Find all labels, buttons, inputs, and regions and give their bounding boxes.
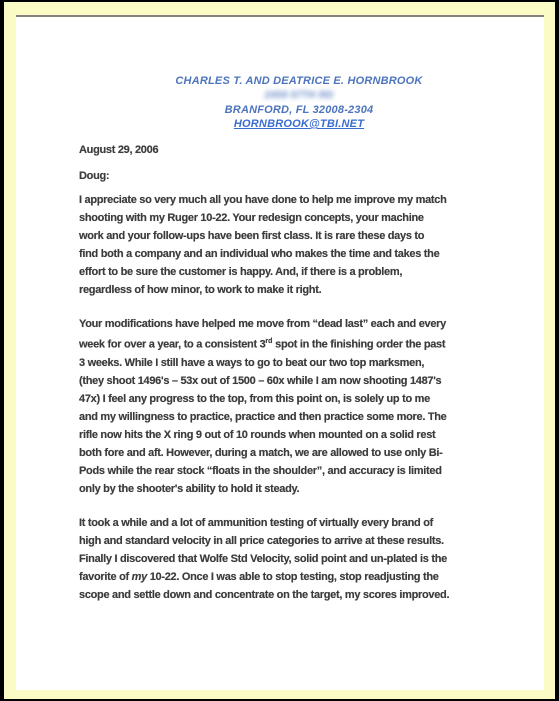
letter-line: Finally I discovered that Wolfe Std Velo… [79,550,449,568]
letter-line: favorite of my 10-22. Once I was able to… [79,568,449,586]
email-address: HORNBROOK@TBI.NET [234,118,364,130]
letter-paragraph: I appreciate so very much all you have d… [79,191,449,299]
letter-line: (they shoot 1496's – 53x out of 1500 – 6… [79,372,449,390]
letter-line: both fore and aft. However, during a mat… [79,444,449,462]
letter-salutation: Doug: [79,167,449,185]
letter-line: work and your follow-ups have been first… [79,227,449,245]
letterhead-name: CHARLES T. AND DEATRICE E. HORNBROOK [54,74,544,88]
letter-line: 47x) I feel any progress to the top, fro… [79,390,449,408]
letter-paragraph: It took a while and a lot of ammunition … [79,514,449,604]
letter-line: and my willingness to practice, practice… [79,408,449,426]
yellow-mat-frame: CHARLES T. AND DEATRICE E. HORNBROOK 245… [4,2,555,699]
letterhead-address-redacted: 2459 57TH RD [54,88,544,103]
letter-line: week for over a year, to a consistent 3r… [79,333,449,354]
letter-paragraph: Your modifications have helped me move f… [79,315,449,498]
letter-line: Your modifications have helped me move f… [79,315,449,333]
letter-line: high and standard velocity in all price … [79,532,449,550]
letterhead-email: HORNBROOK@TBI.NET [54,117,544,131]
letterhead-city: BRANFORD, FL 32008-2304 [54,103,544,117]
letter-line: I appreciate so very much all you have d… [79,191,449,209]
letter-line: scope and settle down and concentrate on… [79,586,449,604]
letter-line: rifle now hits the X ring 9 out of 10 ro… [79,426,449,444]
letter-line: It took a while and a lot of ammunition … [79,514,449,532]
letter-line: regardless of how minor, to work to make… [79,281,449,299]
letter-line: shooting with my Ruger 10-22. Your redes… [79,209,449,227]
letter-line: effort to be sure the customer is happy.… [79,263,449,281]
letter-body: August 29, 2006 Doug: I appreciate so ve… [79,141,449,604]
letter-line: only by the shooter's ability to hold it… [79,480,449,498]
letter-date: August 29, 2006 [79,141,449,159]
letter-page: CHARLES T. AND DEATRICE E. HORNBROOK 245… [16,15,544,690]
letter-line: 3 weeks. While I still have a ways to go… [79,354,449,372]
scanned-letter-screenshot: { "colors": { "mat_yellow": "#fbfbc6", "… [0,0,559,701]
letter-line: find both a company and an individual wh… [79,245,449,263]
redacted-address-text: 2459 57TH RD [264,89,333,103]
letterhead: CHARLES T. AND DEATRICE E. HORNBROOK 245… [16,74,544,131]
letter-paragraphs: I appreciate so very much all you have d… [79,191,449,604]
letter-line: Pods while the rear stock “floats in the… [79,462,449,480]
